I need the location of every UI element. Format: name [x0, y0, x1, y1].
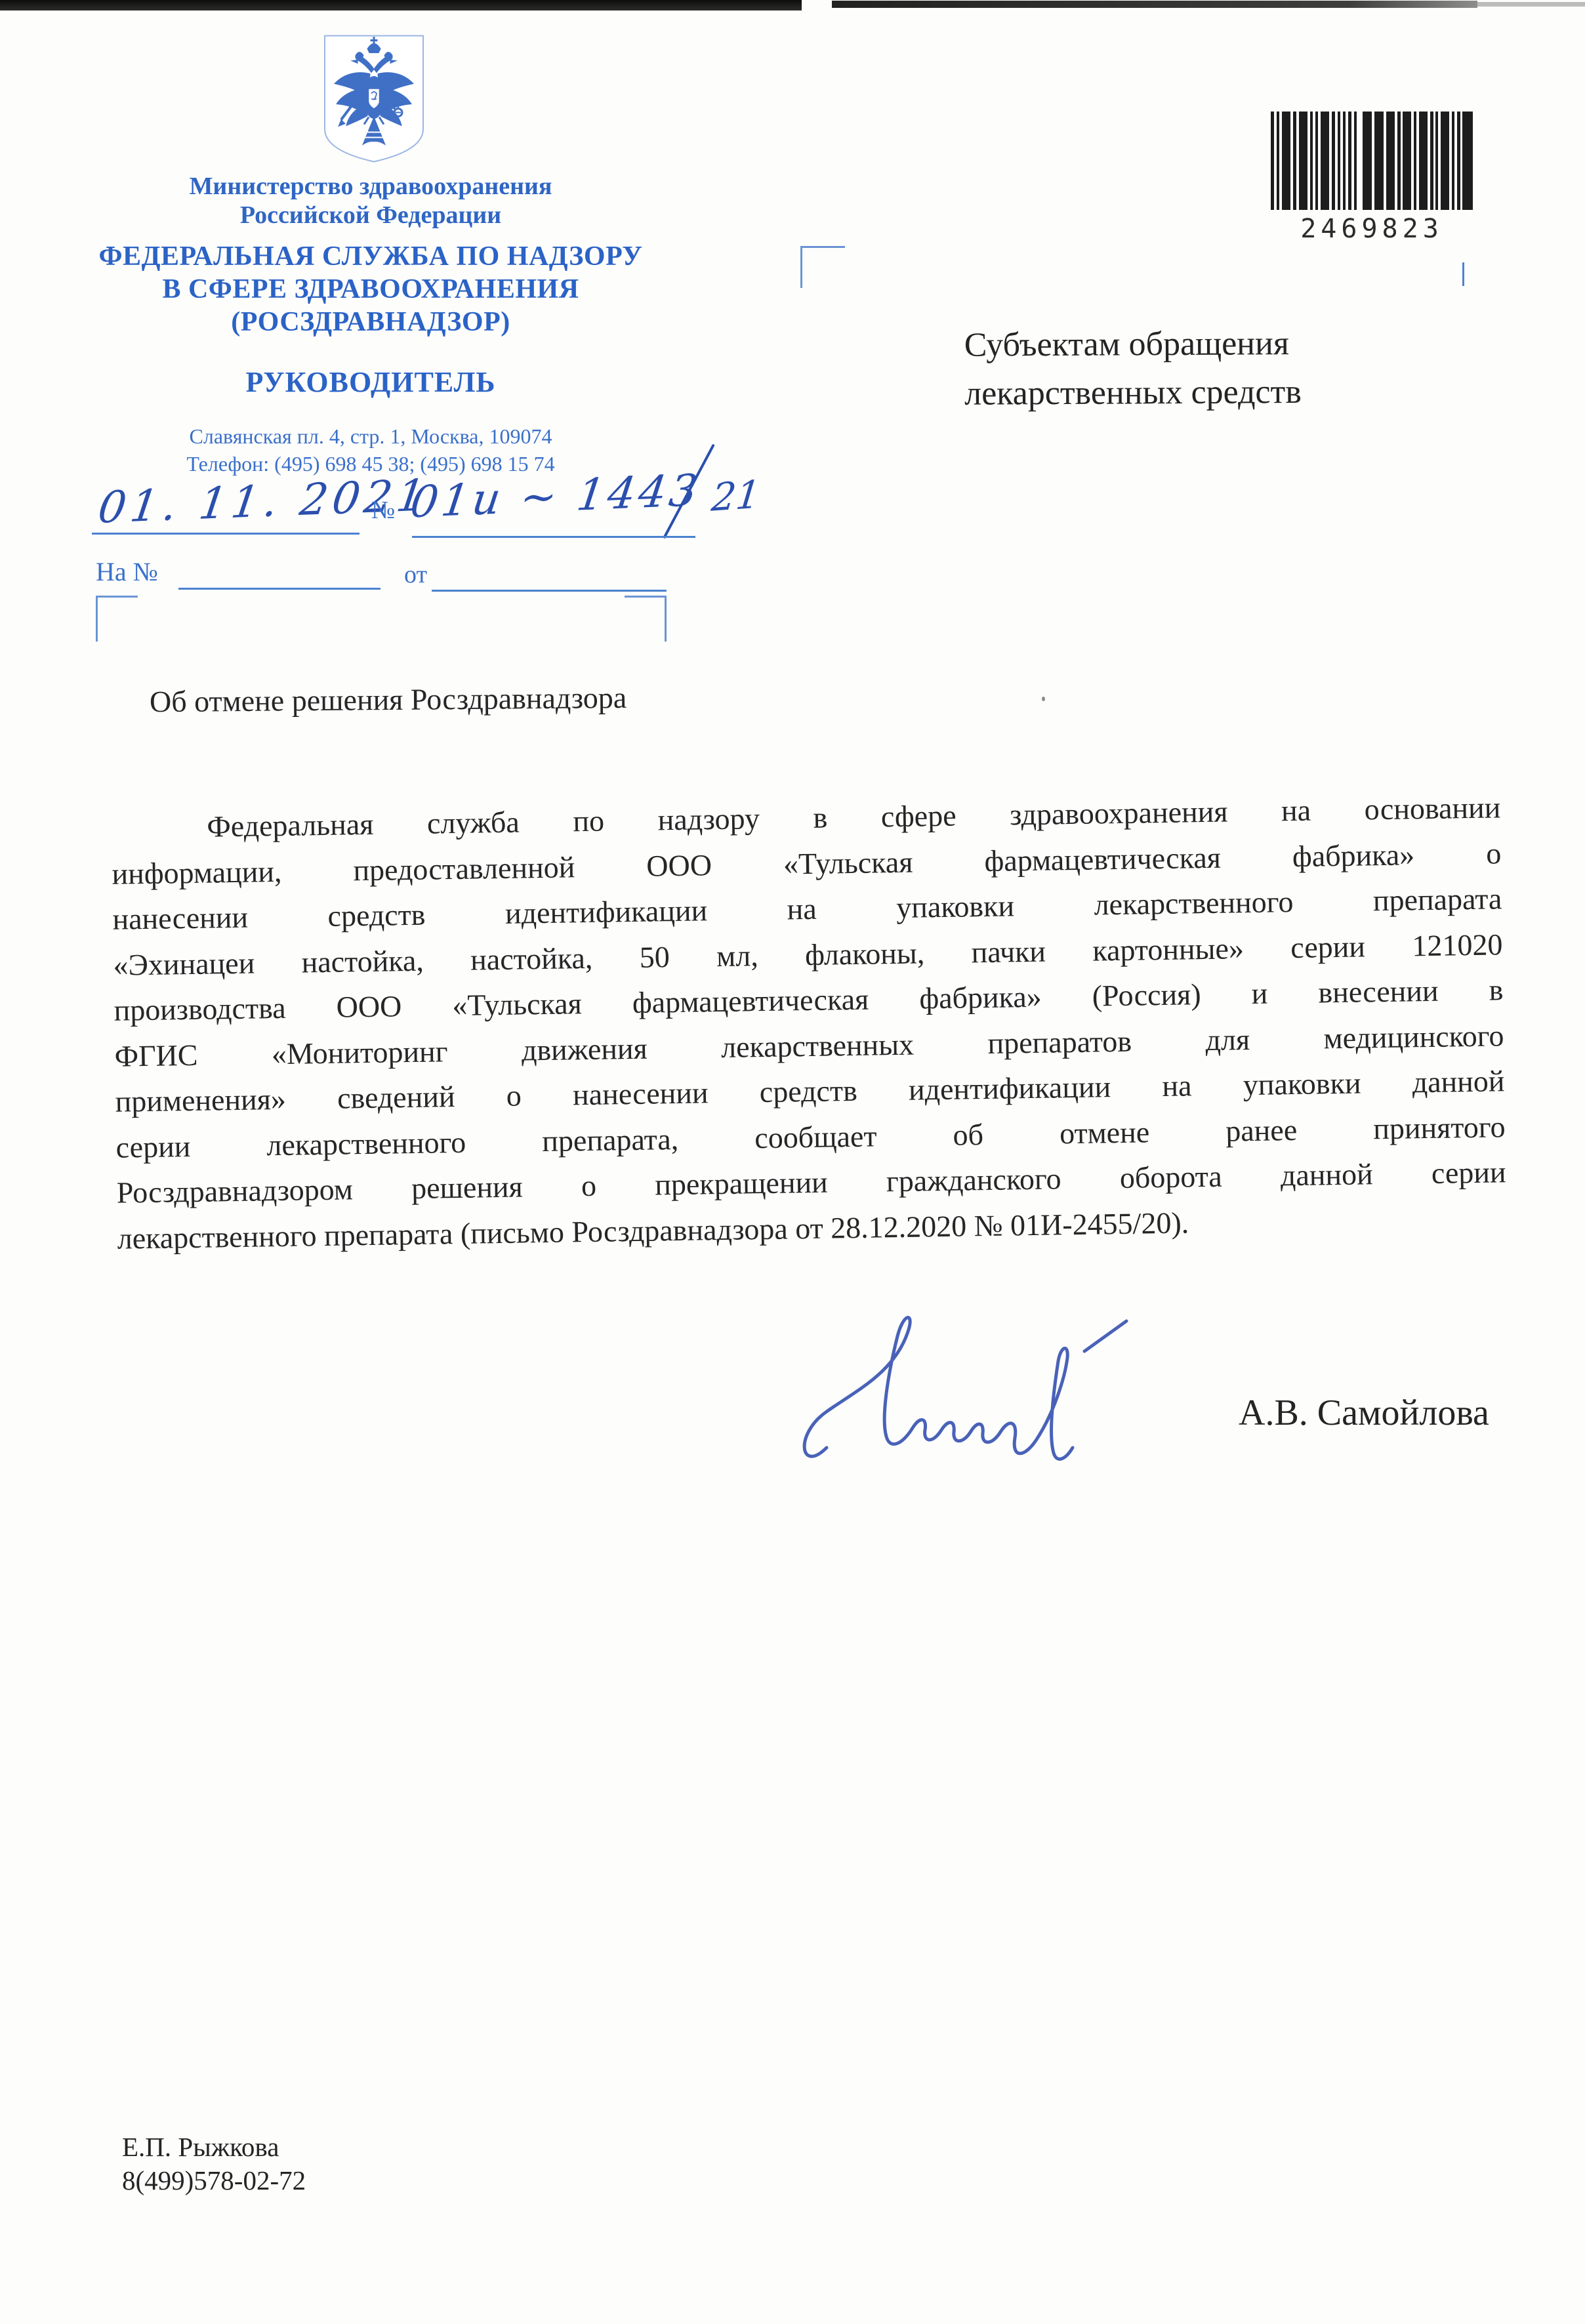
position-title: РУКОВОДИТЕЛЬ: [84, 366, 657, 399]
field-zone-corner-mark-left: [96, 596, 138, 642]
scan-artifact-strip-right: [832, 1, 1477, 8]
service-name-line1: ФЕДЕРАЛЬНАЯ СЛУЖБА ПО НАДЗОРУ: [84, 240, 657, 273]
coat-of-arms-icon: [321, 31, 426, 166]
ministry-name-line2: Российской Федерации: [84, 201, 657, 230]
signer-name: А.В. Самойлова: [1239, 1392, 1489, 1434]
subject-line: Об отмене решения Росздравнадзора: [150, 680, 627, 719]
addressee-zone-corner-mark: [800, 246, 845, 288]
letter-body: Федеральная служба по надзору в сфере зд…: [111, 785, 1507, 1261]
barcode-bars: [1271, 112, 1473, 210]
executor-name: Е.П. Рыжкова: [122, 2130, 306, 2164]
executor-phone: 8(499)578-02-72: [122, 2164, 306, 2197]
scan-speck: [1042, 697, 1045, 701]
addressee-block: Субъектам обращения лекарственных средст…: [964, 319, 1398, 418]
letterhead: Министерство здравоохранения Российской …: [84, 172, 657, 478]
scan-tick-mark: [1462, 262, 1464, 286]
scan-artifact-strip-left: [0, 0, 802, 10]
date-underline: [92, 533, 360, 535]
registration-barcode: 2469823: [1271, 112, 1473, 240]
reply-number-blank-underline: [178, 588, 381, 590]
field-zone-corner-mark-right: [625, 596, 667, 642]
barcode-number: 2469823: [1271, 214, 1473, 244]
service-name-line3: (РОСЗДРАВНАДЗОР): [84, 306, 657, 338]
reply-date-blank-underline: [432, 590, 667, 592]
addressee-line2: лекарственных средств: [964, 367, 1397, 418]
executor-block: Е.П. Рыжкова 8(499)578-02-72: [122, 2130, 306, 2197]
handwritten-signature: [791, 1294, 1158, 1490]
number-sign-label: №: [371, 496, 395, 525]
service-name-line2: В СФЕРЕ ЗДРАВООХРАНЕНИЯ: [84, 273, 657, 306]
reply-to-number-label: На №: [96, 556, 158, 587]
scan-artifact-strip-far-right: [1477, 2, 1585, 7]
addressee-line1: Субъектам обращения: [964, 319, 1397, 369]
scanned-letter-page: Министерство здравоохранения Российской …: [0, 0, 1585, 2324]
reply-from-label: от: [404, 560, 427, 589]
number-underline: [412, 536, 695, 538]
letter-number-year-suffix: 21: [709, 472, 762, 520]
letterhead-address: Славянская пл. 4, стр. 1, Москва, 109074: [84, 422, 657, 450]
ministry-name-line1: Министерство здравоохранения: [84, 172, 657, 201]
